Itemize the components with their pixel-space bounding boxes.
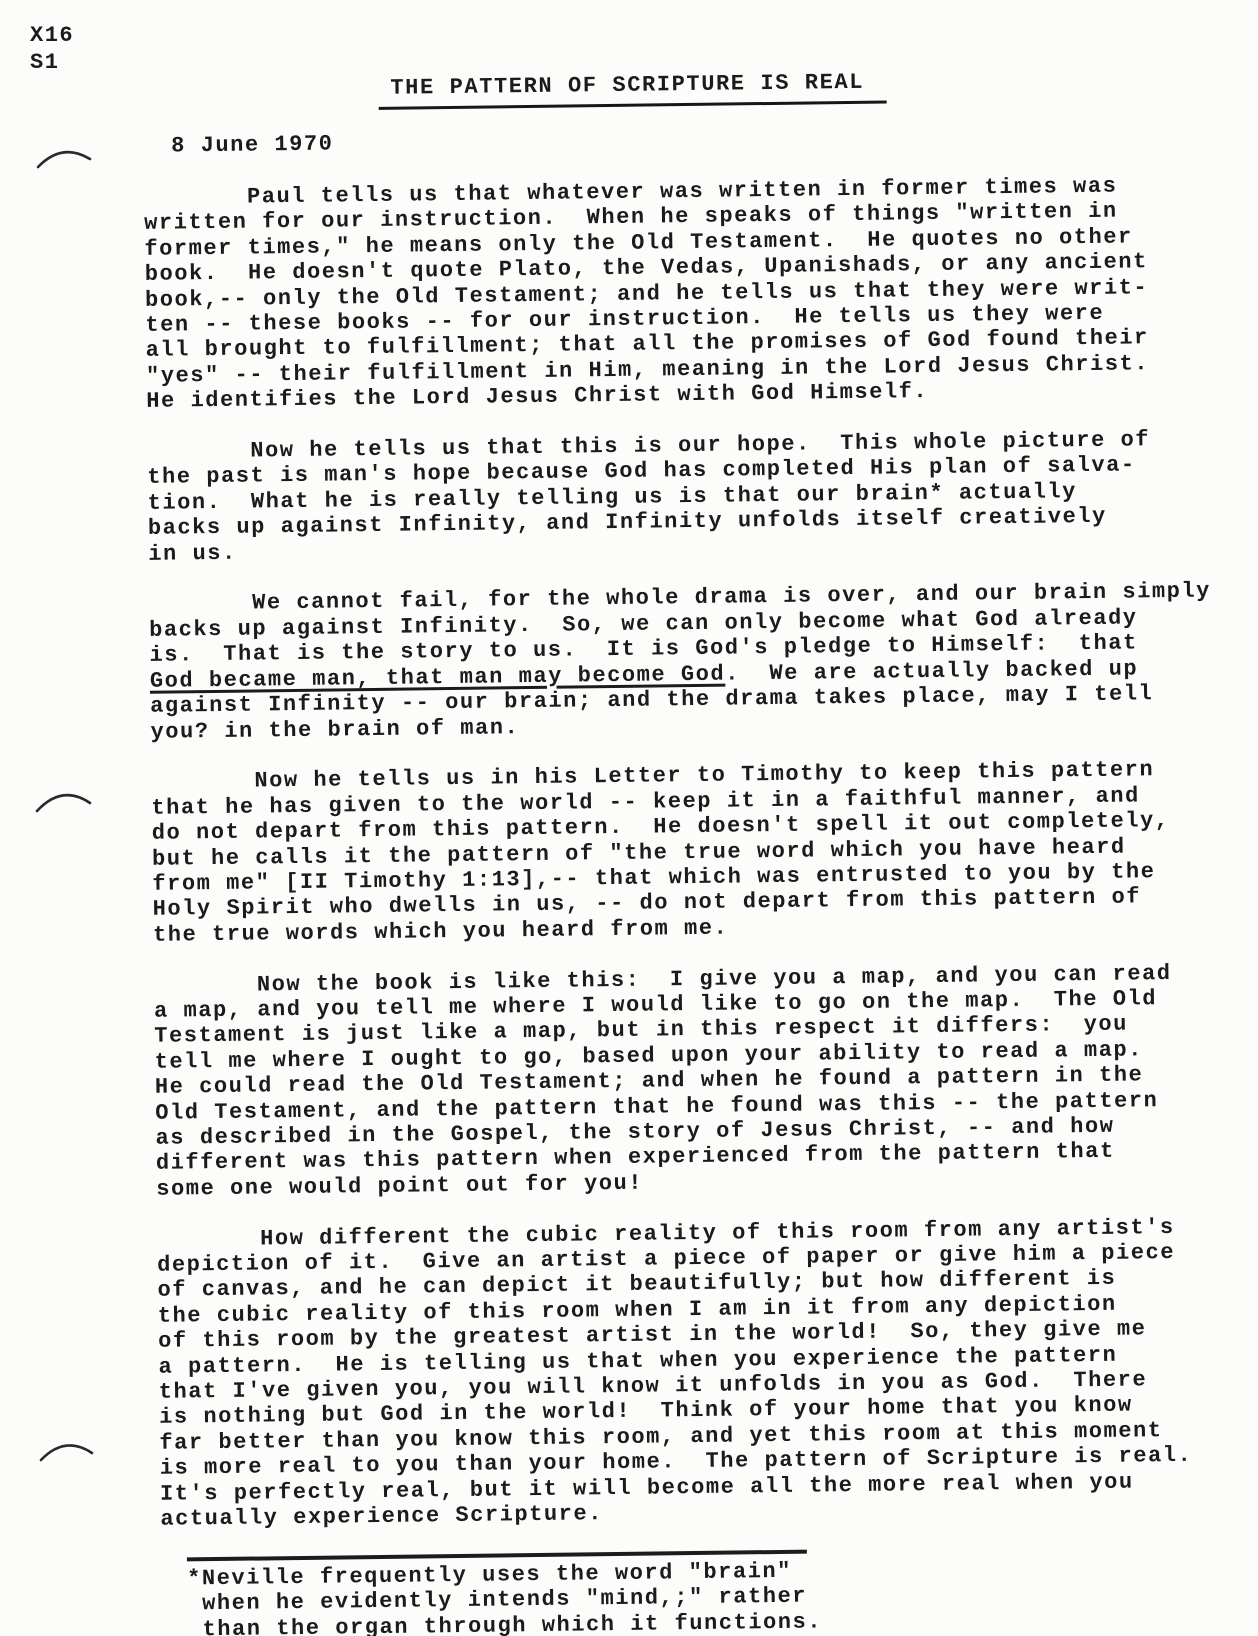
date-line: 8 June 1970 bbox=[171, 120, 1225, 158]
scanned-typewritten-page: X16 S1 THE PATTERN OF SCRIPTURE IS REAL … bbox=[0, 0, 1258, 1636]
punch-hole-arc-mark bbox=[34, 140, 96, 170]
typed-content: THE PATTERN OF SCRIPTURE IS REAL 8 June … bbox=[142, 51, 1244, 1636]
paragraph-2: Now he tells us that this is our hope. T… bbox=[147, 426, 1231, 567]
title-row: THE PATTERN OF SCRIPTURE IS REAL bbox=[378, 65, 1224, 110]
paragraph-4: Now he tells us in his Letter to Timothy… bbox=[151, 757, 1235, 948]
paragraph-6: How different the cubic reality of this … bbox=[157, 1214, 1243, 1532]
paragraph-5: Now the book is like this: I give you a … bbox=[154, 960, 1239, 1202]
margin-code-line1: X16 bbox=[30, 22, 74, 49]
punch-hole-arc-mark bbox=[32, 782, 96, 814]
margin-codes: X16 S1 bbox=[30, 22, 74, 76]
punch-hole-arc-mark bbox=[38, 1434, 98, 1462]
paragraph-3-lead: We cannot fail, for the whole drama is o… bbox=[149, 579, 1211, 668]
paragraph-1: Paul tells us that whatever was written … bbox=[144, 172, 1229, 414]
margin-code-line2: S1 bbox=[30, 49, 74, 76]
footnote-text: *Neville frequently uses the word "brain… bbox=[187, 1553, 1244, 1636]
paragraph-3: We cannot fail, for the whole drama is o… bbox=[149, 579, 1233, 745]
page-title: THE PATTERN OF SCRIPTURE IS REAL bbox=[378, 70, 886, 110]
